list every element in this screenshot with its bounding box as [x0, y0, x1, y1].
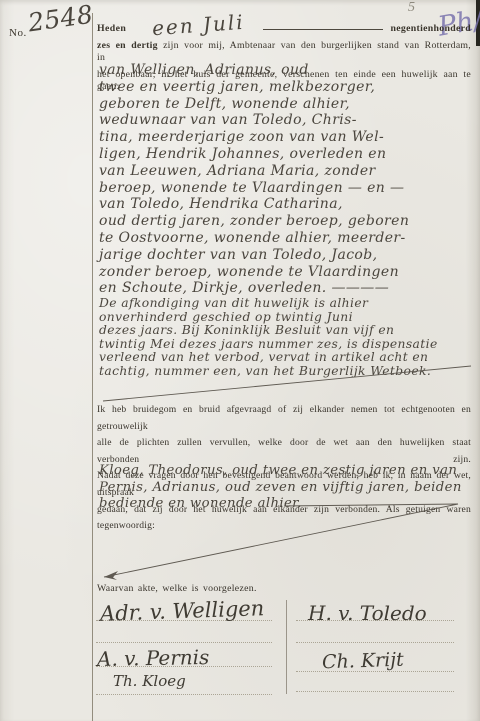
witness-line: Kloeg, Theodorus, oud twee en zestig jar…: [99, 463, 472, 480]
act-line: van Toledo, Hendrika Catharina,: [99, 196, 472, 213]
act-line: tachtig, nummer een, van het Burgerlijk …: [99, 365, 472, 379]
year-printed-label: negentienhonderd: [391, 23, 471, 34]
act-line: tina, meerderjarige zoon van van Wel-: [99, 129, 472, 146]
margin-rule: [92, 13, 93, 721]
heden-label: Heden: [97, 23, 126, 34]
act-line: onverhinderd geschied op twintig Juni: [99, 311, 472, 325]
date-fill-line: [263, 19, 383, 30]
declaration-line: Ik heb bruidegom en bruid afgevraagd of …: [97, 402, 471, 435]
witness-line: bediende en wonende alhier.: [99, 496, 472, 513]
closing-statement: Waarvan akte, welke is voorgelezen.: [97, 583, 257, 594]
act-line: beroep, wonende te Vlaardingen — en —: [99, 180, 472, 197]
header-line-1: Heden een Juli negentienhonderd: [97, 16, 471, 34]
act-line: ligen, Hendrik Johannes, overleden en: [99, 146, 472, 163]
signature-column-divider: [286, 600, 287, 694]
witnesses-handwritten-block: Kloeg, Theodorus, oud twee en zestig jar…: [99, 463, 472, 513]
act-line: zonder beroep, wonende te Vlaardingen: [99, 264, 472, 281]
signature-line: [296, 642, 454, 643]
witness-signature-1: A. v. Pernis: [97, 645, 210, 671]
act-line: weduwnaar van van Toledo, Chris-: [99, 112, 472, 129]
date-handwritten: een Juli: [151, 10, 245, 40]
witness-signature-2: Th. Kloeg: [113, 672, 186, 690]
header-line-2: zes en dertig zijn voor mij, Ambtenaar v…: [97, 40, 471, 64]
act-line: verleend van het verbod, vervat in artik…: [99, 351, 472, 365]
signature-line: [96, 642, 272, 643]
act-line: dezes jaars. Bij Koninklijk Besluit van …: [99, 324, 472, 338]
act-line: van Leeuwen, Adriana Maria, zonder: [99, 163, 472, 180]
act-number-label: No.: [9, 27, 27, 39]
official-signature: Ch. Krijt: [322, 649, 404, 674]
act-line: twee en veertig jaren, melkbezorger,: [99, 79, 472, 96]
bride-signature: H. v. Toledo: [308, 601, 427, 625]
act-line: twintig Mei dezes jaars nummer zes, is d…: [99, 338, 472, 352]
act-line: De afkondiging van dit huwelijk is alhie…: [99, 297, 472, 311]
act-handwritten-block-1: van Welligen, Adrianus, oud twee en veer…: [99, 62, 472, 297]
marriage-certificate-page: No. 2548 5 Ph/ Heden een Juli negentienh…: [0, 0, 480, 721]
signature-line: [296, 691, 454, 692]
act-line: jarige dochter van van Toledo, Jacob,: [99, 247, 472, 264]
pencil-page-number: 5: [408, 0, 415, 16]
witness-line: Pernis, Adrianus, oud zeven en vijftig j…: [99, 480, 472, 497]
act-line: oud dertig jaren, zonder beroep, geboren: [99, 213, 472, 230]
act-number: 2548: [26, 0, 95, 37]
act-handwritten-block-2: De afkondiging van dit huwelijk is alhie…: [99, 297, 472, 379]
act-line: te Oostvoorne, wonende alhier, meerder-: [99, 230, 472, 247]
year-words: zes en dertig: [97, 40, 158, 51]
act-line: van Welligen, Adrianus, oud: [99, 62, 472, 79]
groom-signature: Adr. v. Welligen: [100, 596, 265, 626]
act-line: en Schoute, Dirkje, overleden. ————: [99, 280, 472, 297]
strike-arrowhead: [104, 571, 118, 580]
signature-line: [96, 694, 272, 695]
act-line: geboren te Delft, wonende alhier,: [99, 96, 472, 113]
